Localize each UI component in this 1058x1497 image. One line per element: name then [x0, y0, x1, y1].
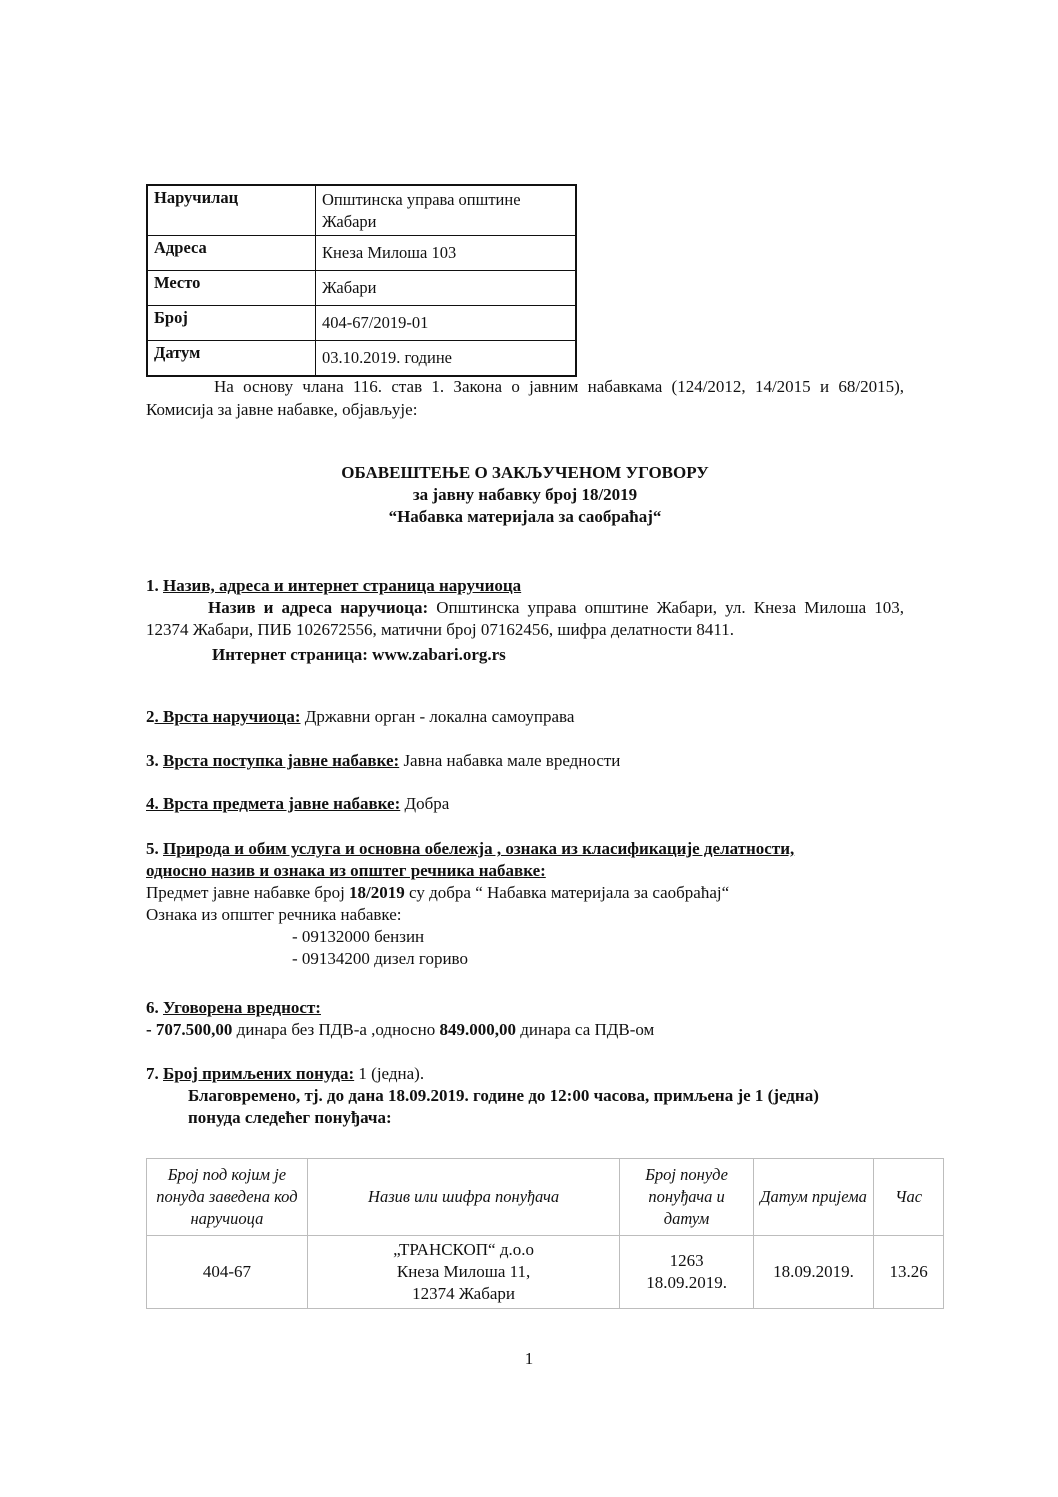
subject-pre: Предмет јавне набавке број — [146, 883, 349, 902]
value-mid-text: динара без ПДВ-а ,односно — [232, 1020, 439, 1039]
value-with-vat: 849.000,00 — [440, 1020, 517, 1039]
page-number: 1 — [0, 1349, 1058, 1369]
section-number: 5. — [146, 839, 163, 858]
table-row: Наручилац Општинска управа општине Жабар… — [147, 185, 576, 236]
header-label: Место — [147, 271, 316, 306]
received-date-cell: 18.09.2019. — [753, 1236, 873, 1309]
table-row: Место Жабари — [147, 271, 576, 306]
column-header: Број под којим је понуда заведена код на… — [147, 1159, 308, 1236]
timely-offers-line: Благовремено, тј. до дана 18.09.2019. го… — [146, 1085, 904, 1107]
offer-number: 1263 — [624, 1250, 749, 1272]
value-end-text: динара са ПДВ-ом — [516, 1020, 654, 1039]
header-value: 404-67/2019-01 — [316, 306, 577, 341]
section-number: 1. — [146, 576, 163, 595]
section-number: 3. — [146, 751, 163, 770]
value-prefix: - — [146, 1020, 156, 1039]
section-heading-cont: односно назив и ознака из општег речника… — [146, 861, 546, 880]
section-heading: Уговорена вредност: — [163, 998, 321, 1017]
offer-number-cell: 1263 18.09.2019. — [620, 1236, 754, 1309]
section-heading: Природа и обим услуга и основна обележја… — [163, 839, 794, 858]
section-text: Добра — [400, 794, 449, 813]
header-value: Жабари — [316, 271, 577, 306]
header-label: Датум — [147, 341, 316, 377]
document-page: Наручилац Општинска управа општине Жабар… — [0, 0, 1058, 1497]
section-text: Јавна набавка мале вредности — [399, 751, 620, 770]
bidder-street: Кнеза Милоша 11, — [312, 1261, 616, 1283]
offers-table: Број под којим је понуда заведена код на… — [146, 1158, 944, 1309]
title-line-3: “Набавка материјала за саобраћај“ — [146, 506, 904, 528]
timely-offers-line-2: понуда следећег понуђача: — [146, 1107, 904, 1129]
section-6: 6. Уговорена вредност: - 707.500,00 дина… — [146, 997, 904, 1041]
section-4: 4. Врста предмета јавне набавке: Добра — [146, 793, 904, 815]
section-heading: Врста поступка јавне набавке: — [163, 751, 399, 770]
table-header-row: Број под којим је понуда заведена код на… — [147, 1159, 944, 1236]
document-title: ОБАВЕШТЕЊЕ О ЗАКЉУЧЕНОМ УГОВОРУ за јавну… — [146, 462, 904, 528]
table-row: Адреса Кнеза Милоша 103 — [147, 236, 576, 271]
title-line-1: ОБАВЕШТЕЊЕ О ЗАКЉУЧЕНОМ УГОВОРУ — [146, 462, 904, 484]
reg-number-cell: 404-67 — [147, 1236, 308, 1309]
section-number: 7. — [146, 1064, 163, 1083]
website-line: Интернет страница: www.zabari.org.rs — [146, 644, 904, 666]
section-5: 5. Природа и обим услуга и основна обеле… — [146, 838, 904, 970]
subject-number: 18/2019 — [349, 883, 405, 902]
cpv-code: - 09134200 дизел гориво — [146, 948, 904, 970]
section-heading: Назив, адреса и интернет страница наручи… — [163, 576, 521, 595]
section-text: Државни орган - локална самоуправа — [301, 707, 575, 726]
section-1: 1. Назив, адреса и интернет страница нар… — [146, 575, 904, 666]
section-7: 7. Број примљених понуда: 1 (једна). Бла… — [146, 1063, 904, 1129]
column-header: Назив или шифра понуђача — [307, 1159, 620, 1236]
value-without-vat: 707.500,00 — [156, 1020, 233, 1039]
header-value: 03.10.2019. године — [316, 341, 577, 377]
header-info-table: Наручилац Општинска управа општине Жабар… — [146, 184, 577, 377]
header-label: Наручилац — [147, 185, 316, 236]
table-row: 404-67 „ТРАНСКОП“ д.о.о Кнеза Милоша 11,… — [147, 1236, 944, 1309]
section-3: 3. Врста поступка јавне набавке: Јавна н… — [146, 750, 904, 772]
section-heading: . Врста наручиоца: — [155, 707, 301, 726]
section-number: 2 — [146, 707, 155, 726]
section-text: 1 (једна). — [354, 1064, 424, 1083]
buyer-label: Назив и адреса наручиоца: — [208, 598, 428, 617]
header-label: Адреса — [147, 236, 316, 271]
intro-paragraph: На основу члана 116. став 1. Закона о ја… — [146, 375, 904, 421]
cpv-code: - 09132000 бензин — [146, 926, 904, 948]
column-header: Час — [874, 1159, 944, 1236]
bidder-name: „ТРАНСКОП“ д.о.о — [312, 1239, 616, 1261]
subject-post: су добра “ Набавка материјала за саобраћ… — [405, 883, 729, 902]
column-header: Број понуде понуђача и датум — [620, 1159, 754, 1236]
column-header: Датум пријема — [753, 1159, 873, 1236]
section-number: 6. — [146, 998, 163, 1017]
codes-label: Ознака из општег речника набавке: — [146, 904, 904, 926]
bidder-city: 12374 Жабари — [312, 1283, 616, 1305]
header-label: Број — [147, 306, 316, 341]
table-row: Број 404-67/2019-01 — [147, 306, 576, 341]
table-row: Датум 03.10.2019. године — [147, 341, 576, 377]
section-heading: Број примљених понуда: — [163, 1064, 354, 1083]
section-heading: 4. Врста предмета јавне набавке: — [146, 794, 400, 813]
header-value: Кнеза Милоша 103 — [316, 236, 577, 271]
time-cell: 13.26 — [874, 1236, 944, 1309]
title-line-2: за јавну набавку број 18/2019 — [146, 484, 904, 506]
offer-date: 18.09.2019. — [624, 1272, 749, 1294]
bidder-cell: „ТРАНСКОП“ д.о.о Кнеза Милоша 11, 12374 … — [307, 1236, 620, 1309]
header-value: Општинска управа општине Жабари — [316, 185, 577, 236]
section-2: 2. Врста наручиоца: Државни орган - лока… — [146, 706, 904, 728]
